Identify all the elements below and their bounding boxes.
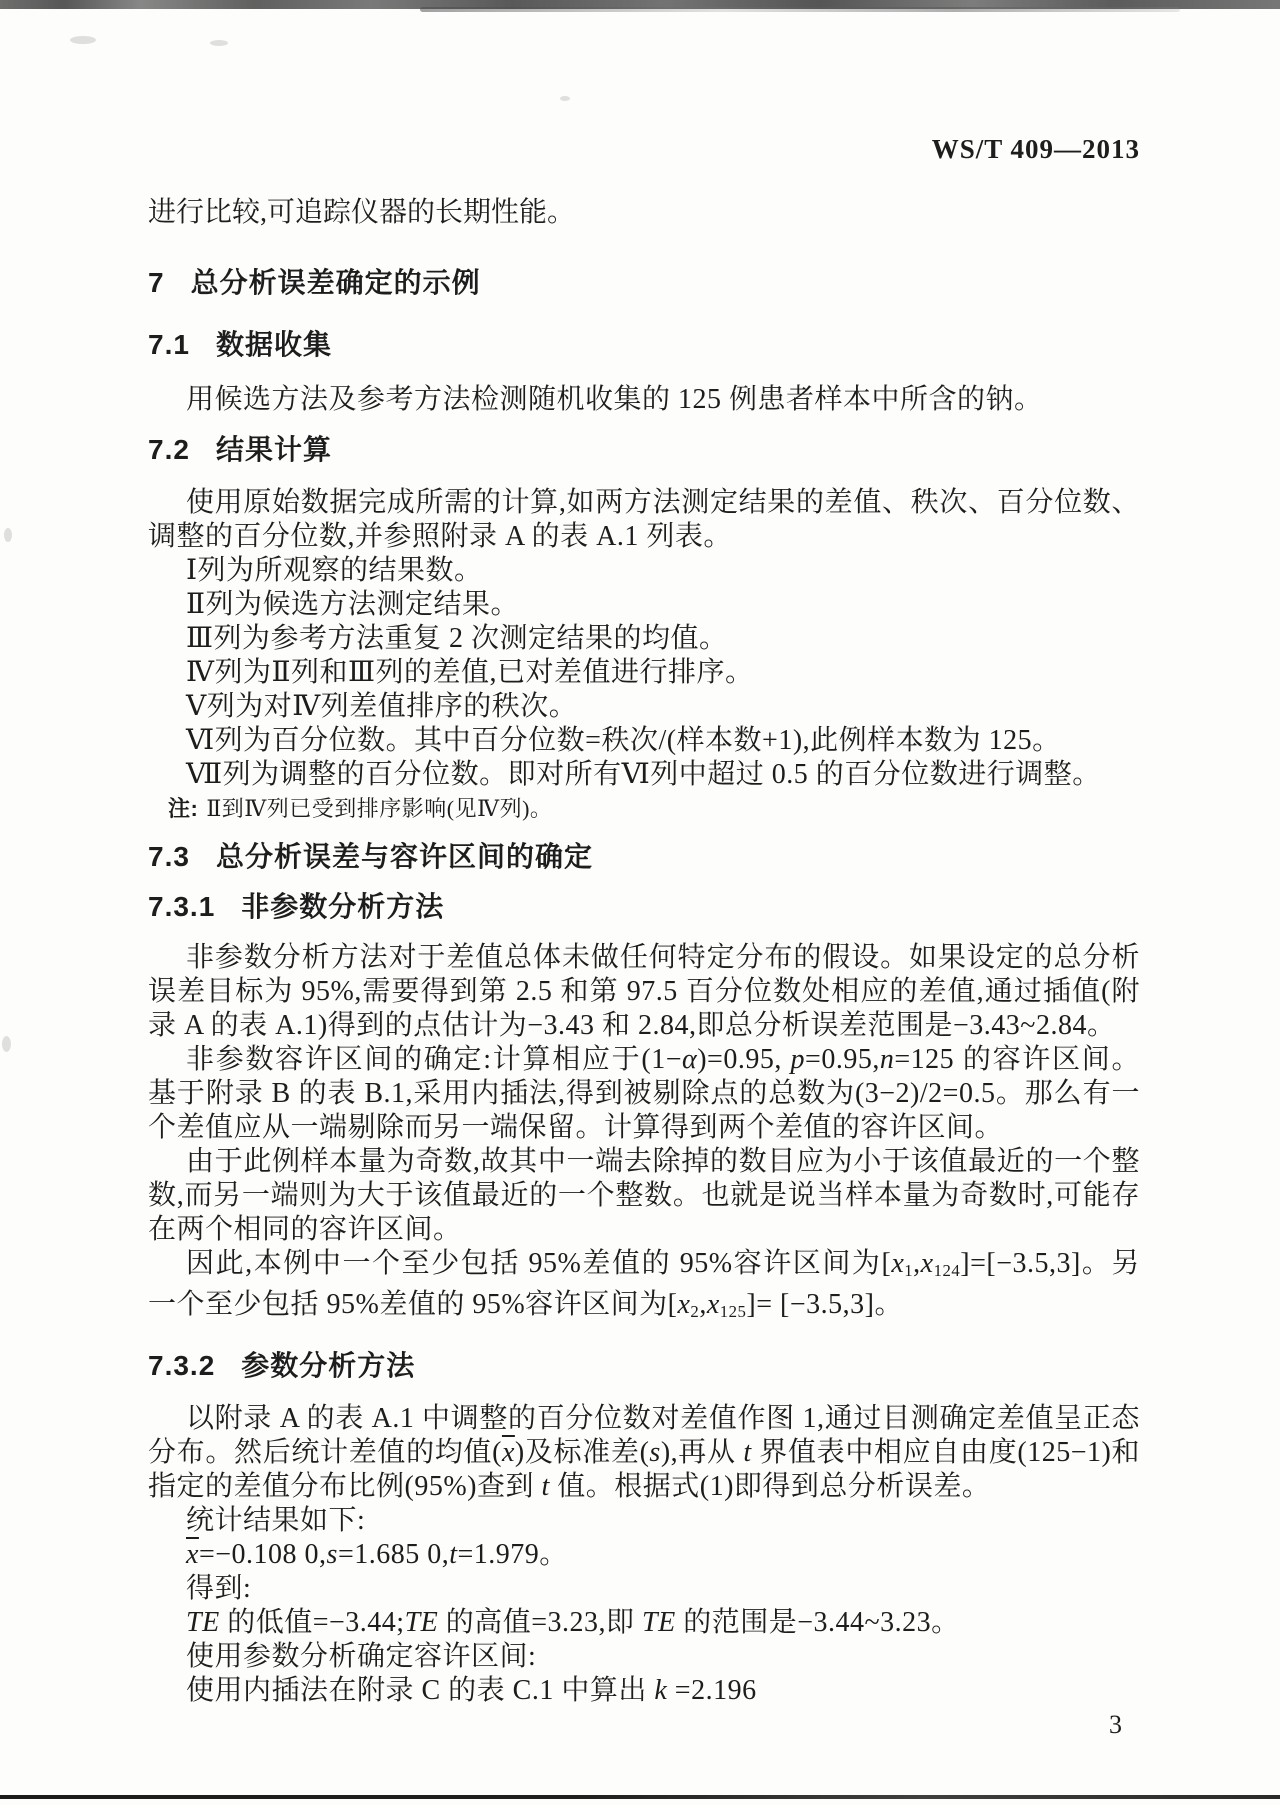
scan-edge-bottom-line bbox=[0, 1795, 1280, 1799]
text-segment: =0.95, bbox=[805, 1044, 880, 1075]
text-segment: x bbox=[186, 1539, 199, 1570]
column-description-line-6: Ⅵ列为百分位数。其中百分位数=秩次/(样本数+1),此例样本数为 125。 bbox=[148, 724, 1140, 758]
column-description-line-2: Ⅱ列为候选方法测定结果。 bbox=[148, 588, 1140, 622]
text-segment: 使用内插法在附录 C 的表 C.1 中算出 bbox=[186, 1675, 654, 1706]
section-7-3-1-heading: 7.3.1非参数分析方法 bbox=[148, 890, 1140, 924]
k-value-line: 使用内插法在附录 C 的表 C.1 中算出 k =2.196 bbox=[148, 1674, 1140, 1708]
section-number: 7.2 bbox=[148, 434, 190, 465]
text-segment: t bbox=[449, 1539, 457, 1570]
paragraph-7-3-1-c: 由于此例样本量为奇数,故其中一端去除掉的数目应为小于该值最近的一个整数,而另一端… bbox=[148, 1145, 1140, 1247]
text-segment: α bbox=[682, 1044, 697, 1075]
text-segment: 因此,本例中一个至少包括 95%差值的 95%容许区间为[ bbox=[186, 1248, 891, 1279]
column-description-line-1: Ⅰ列为所观察的结果数。 bbox=[148, 554, 1140, 588]
section-7-1-heading: 7.1数据收集 bbox=[148, 328, 1140, 362]
stats-intro-line: 统计结果如下: bbox=[148, 1504, 1140, 1538]
paragraph-7-3-1-d: 因此,本例中一个至少包括 95%差值的 95%容许区间为[x1,x124]=[−… bbox=[148, 1247, 1140, 1329]
column-description-line-4: Ⅳ列为Ⅱ列和Ⅲ列的差值,已对差值进行排序。 bbox=[148, 656, 1140, 690]
paragraph-7-1: 用候选方法及参考方法检测随机收集的 125 例患者样本中所含的钠。 bbox=[148, 383, 1140, 417]
paragraph-7-3-1-a: 非参数分析方法对于差值总体未做任何特定分布的假设。如果设定的总分析误差目标为 9… bbox=[148, 941, 1140, 1043]
text-segment: TE bbox=[405, 1607, 439, 1638]
column-description-line-7: Ⅶ列为调整的百分位数。即对所有Ⅵ列中超过 0.5 的百分位数进行调整。 bbox=[148, 758, 1140, 792]
text-segment: , bbox=[913, 1248, 921, 1279]
text-segment: k bbox=[654, 1675, 667, 1706]
page-number: 3 bbox=[148, 1708, 1140, 1742]
section-7-3-heading: 7.3总分析误差与容许区间的确定 bbox=[148, 840, 1140, 874]
text-segment: x bbox=[502, 1437, 515, 1468]
text-segment: 的范围是−3.44~3.23。 bbox=[676, 1607, 960, 1638]
stats-values-line: x=−0.108 0,s=1.685 0,t=1.979。 bbox=[148, 1538, 1140, 1572]
column-description-line-3: Ⅲ列为参考方法重复 2 次测定结果的均值。 bbox=[148, 622, 1140, 656]
section-title: 总分析误差与容许区间的确定 bbox=[216, 841, 593, 872]
text-segment: ]= [−3.5,3]。 bbox=[746, 1289, 903, 1320]
paragraph-7-2: 使用原始数据完成所需的计算,如两方法测定结果的差值、秩次、百分位数、调整的百分位… bbox=[148, 486, 1140, 554]
te-range-line: TE 的低值=−3.44;TE 的高值=3.23,即 TE 的范围是−3.44~… bbox=[148, 1606, 1140, 1640]
result-intro-line: 得到: bbox=[148, 1572, 1140, 1606]
text-segment: t bbox=[743, 1437, 751, 1468]
note-label: 注: bbox=[168, 796, 198, 821]
section-title: 总分析误差确定的示例 bbox=[191, 267, 481, 298]
column-description-line-5: Ⅴ列为对Ⅳ列差值排序的秩次。 bbox=[148, 690, 1140, 724]
text-segment: 非参数容许区间的确定:计算相应于(1− bbox=[186, 1044, 682, 1075]
text-segment: 值。根据式(1)即得到总分析误差。 bbox=[550, 1471, 991, 1502]
text-segment: 的高值=3.23,即 bbox=[438, 1607, 642, 1638]
text-segment: =1.685 0, bbox=[338, 1539, 449, 1570]
text-segment: 1 bbox=[904, 1261, 913, 1280]
text-segment: =2.196 bbox=[667, 1675, 756, 1706]
section-7-2-heading: 7.2结果计算 bbox=[148, 433, 1140, 467]
text-segment: x bbox=[677, 1289, 690, 1320]
text-segment: )及标准差( bbox=[515, 1437, 650, 1468]
text-segment: 125 bbox=[720, 1302, 747, 1321]
note-text: Ⅱ到Ⅳ列已受到排序影响(见Ⅳ列)。 bbox=[206, 796, 552, 821]
standard-number: WS/T 409—2013 bbox=[148, 132, 1140, 166]
text-segment: s bbox=[649, 1437, 660, 1468]
text-segment: =−0.108 0, bbox=[199, 1539, 327, 1570]
note-line: 注:Ⅱ到Ⅳ列已受到排序影响(见Ⅳ列)。 bbox=[148, 792, 1140, 826]
text-segment: x bbox=[921, 1248, 934, 1279]
param-interval-line: 使用参数分析确定容许区间: bbox=[148, 1640, 1140, 1674]
section-number: 7.1 bbox=[148, 329, 190, 360]
text-segment: p bbox=[791, 1044, 806, 1075]
section-title: 参数分析方法 bbox=[241, 1350, 415, 1381]
text-segment: ),再从 bbox=[661, 1437, 744, 1468]
document-page: WS/T 409—2013 进行比较,可追踪仪器的长期性能。 7总分析误差确定的… bbox=[0, 0, 1280, 1805]
text-segment: , bbox=[699, 1289, 707, 1320]
text-segment: 的低值=−3.44; bbox=[220, 1607, 405, 1638]
section-title: 结果计算 bbox=[216, 434, 332, 465]
paragraph-7-3-2: 以附录 A 的表 A.1 中调整的百分位数对差值作图 1,通过目测确定差值呈正态… bbox=[148, 1402, 1140, 1504]
section-number: 7.3.1 bbox=[148, 891, 215, 922]
section-number: 7 bbox=[148, 267, 165, 298]
scan-noise bbox=[70, 36, 96, 44]
scan-noise bbox=[2, 1036, 11, 1052]
text-segment: s bbox=[327, 1539, 338, 1570]
page-content: WS/T 409—2013 进行比较,可追踪仪器的长期性能。 7总分析误差确定的… bbox=[148, 0, 1140, 1742]
section-title: 非参数分析方法 bbox=[241, 891, 444, 922]
text-segment: n bbox=[880, 1044, 895, 1075]
text-segment: 124 bbox=[934, 1261, 961, 1280]
text-segment: t bbox=[541, 1471, 549, 1502]
text-segment: )=0.95, bbox=[697, 1044, 790, 1075]
intro-paragraph: 进行比较,可追踪仪器的长期性能。 bbox=[148, 196, 1140, 230]
scan-noise bbox=[4, 528, 12, 542]
section-7-3-2-heading: 7.3.2参数分析方法 bbox=[148, 1349, 1140, 1383]
section-number: 7.3 bbox=[148, 841, 190, 872]
text-segment: 2 bbox=[690, 1302, 699, 1321]
section-number: 7.3.2 bbox=[148, 1350, 215, 1381]
text-segment: x bbox=[891, 1248, 904, 1279]
text-segment: x bbox=[707, 1289, 720, 1320]
section-title: 数据收集 bbox=[216, 329, 332, 360]
text-segment: =1.979。 bbox=[458, 1539, 568, 1570]
text-segment: TE bbox=[642, 1607, 676, 1638]
paragraph-7-3-1-b: 非参数容许区间的确定:计算相应于(1−α)=0.95, p=0.95,n=125… bbox=[148, 1043, 1140, 1145]
text-segment: TE bbox=[186, 1607, 220, 1638]
section-7-heading: 7总分析误差确定的示例 bbox=[148, 266, 1140, 300]
